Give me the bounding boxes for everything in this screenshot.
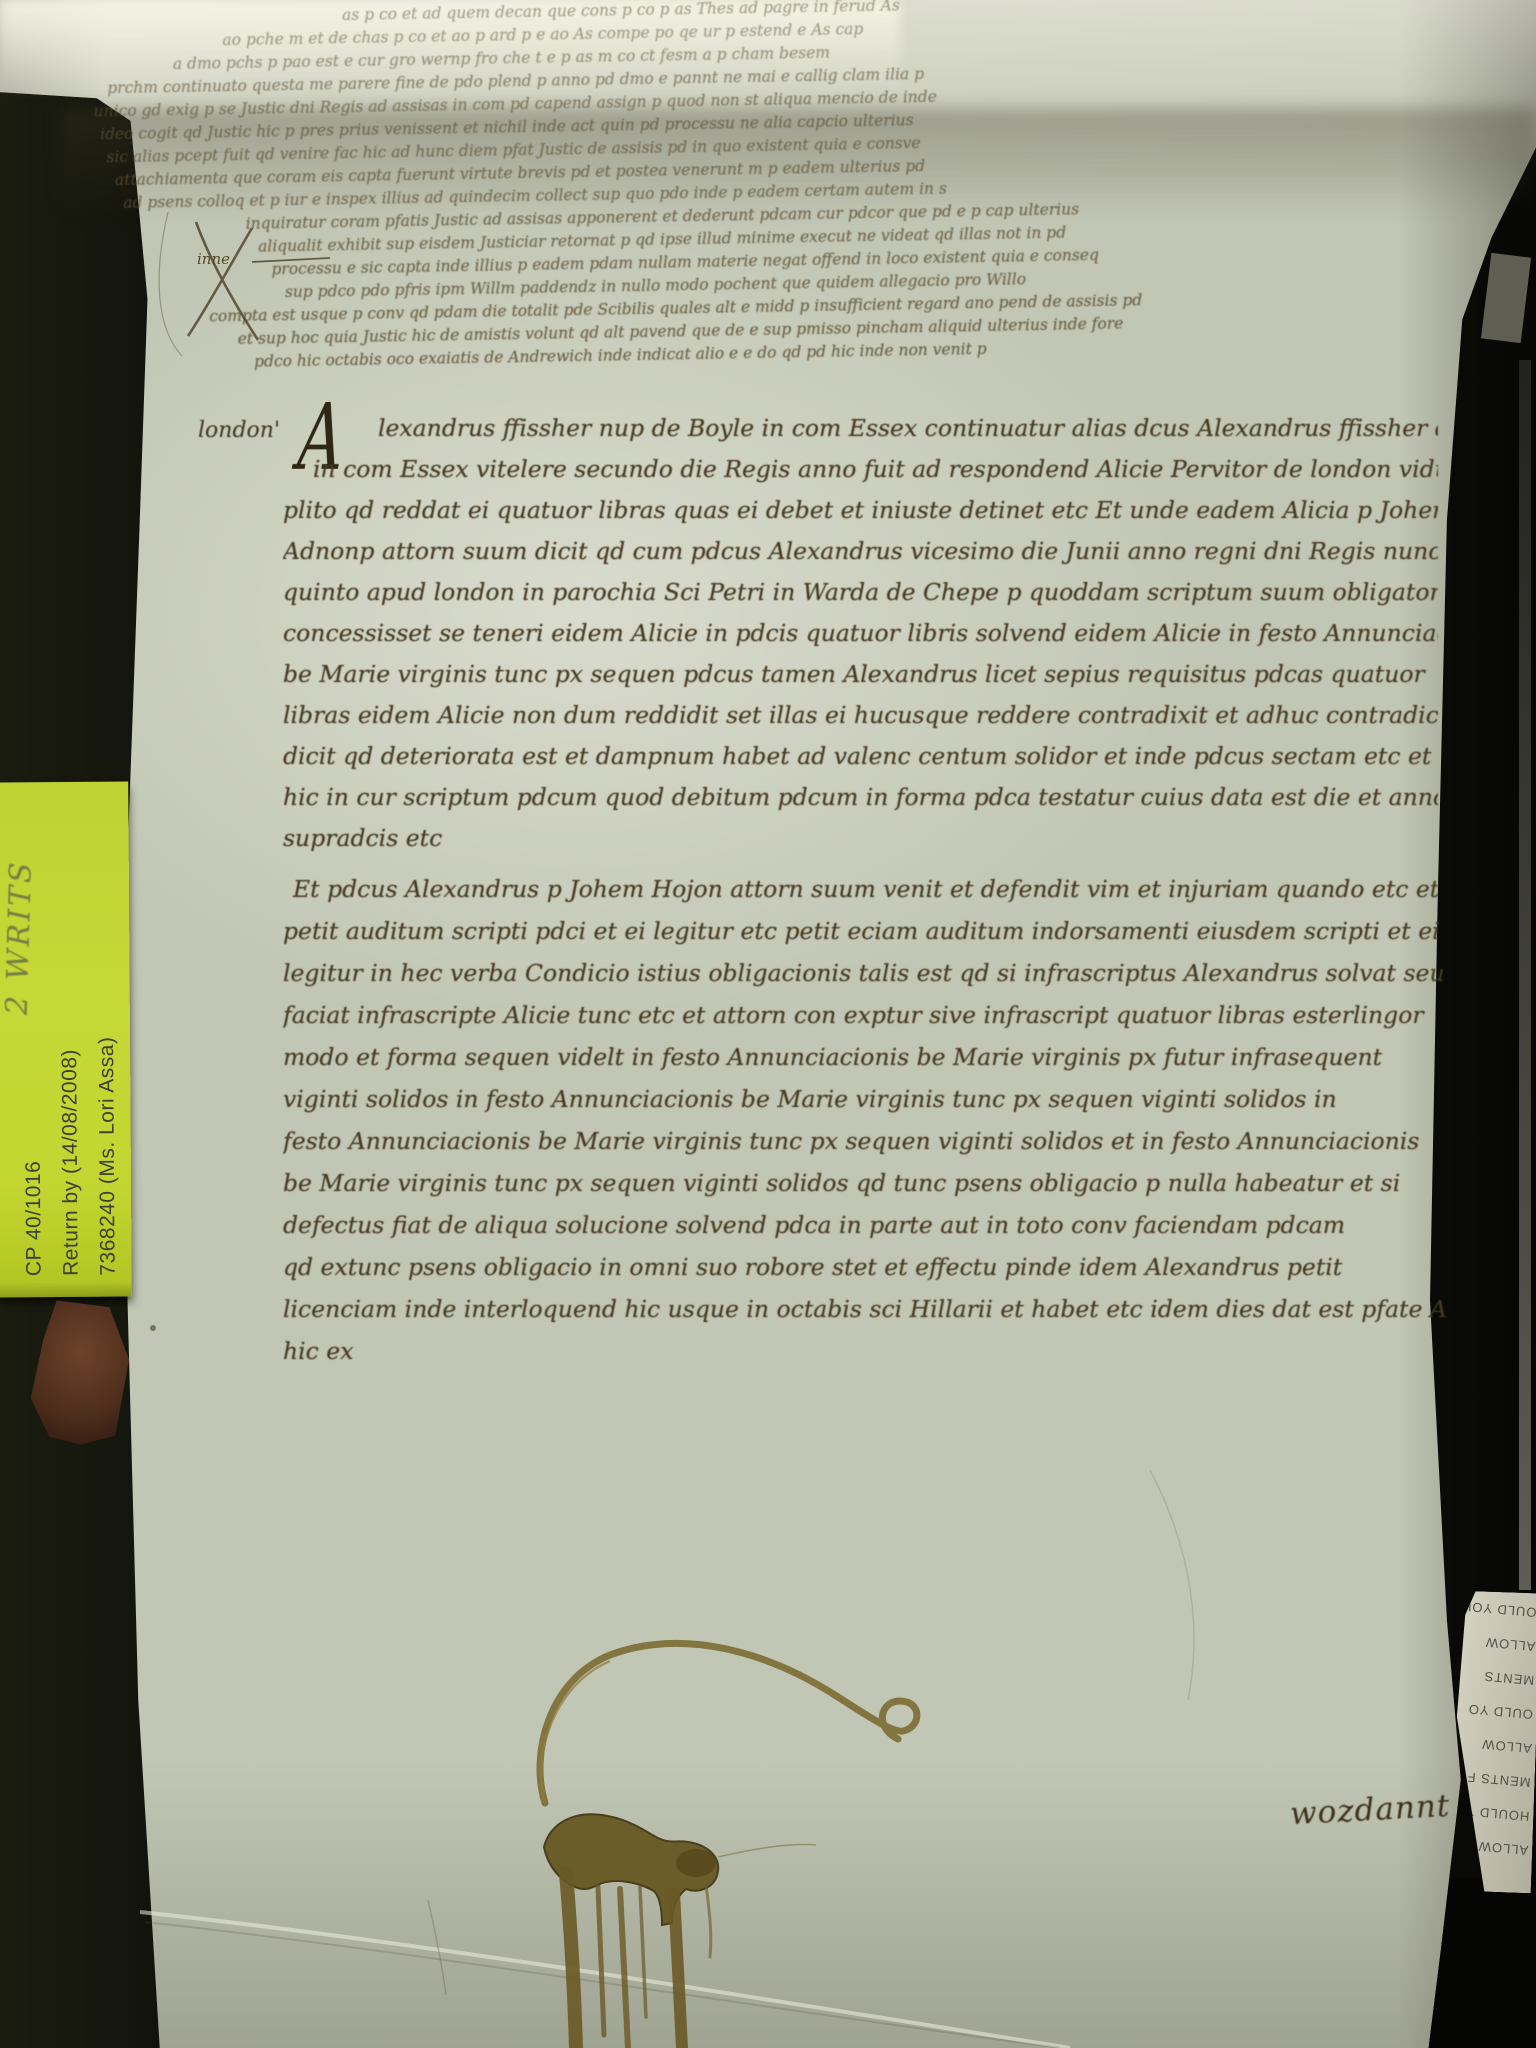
note-printed-text: CP 40/1016 Return by (14/08/2008) 736824… xyxy=(12,781,128,1293)
drip-legs xyxy=(566,1873,711,2048)
animal-head xyxy=(676,1849,716,1877)
note-reference-number: CP 40/1016 xyxy=(12,781,52,1276)
note-order-id: 7368240 (Ms. Lori Assa) xyxy=(86,781,126,1276)
margin-hairline xyxy=(159,212,182,356)
reference-sticky-note: 2 WRITS CP 40/1016 Return by (14/08/2008… xyxy=(0,782,132,1298)
note-return-by: Return by (14/08/2008) xyxy=(49,781,89,1276)
whisker-line xyxy=(718,1845,816,1858)
crease-right xyxy=(1150,1470,1194,1700)
manuscript-photo: as p co et ad quem decan que cons p co p… xyxy=(0,0,1536,2048)
x-mark xyxy=(188,222,330,340)
paper-slip-edge xyxy=(1519,360,1531,1590)
animal-doodle-drawing xyxy=(470,1635,1010,2048)
